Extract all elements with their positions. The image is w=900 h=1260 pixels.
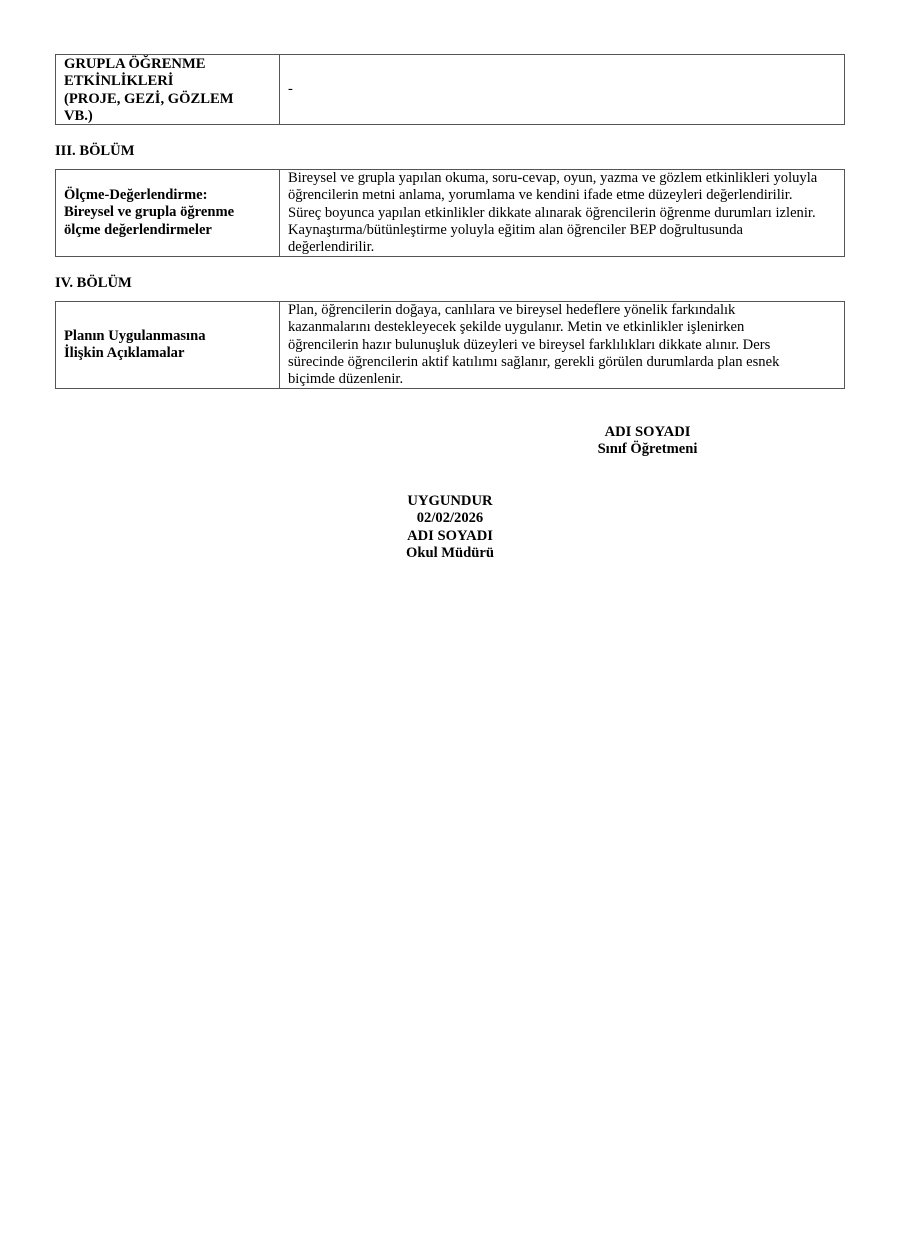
implementation-notes-table: Planın Uygulanmasına İlişkin Açıklamalar…	[55, 301, 845, 389]
label-line: Ölçme-Değerlendirme:	[64, 187, 234, 204]
value-text: -	[288, 81, 293, 98]
principal-title: Okul Müdürü	[375, 545, 525, 562]
assessment-label: Ölçme-Değerlendirme: Bireysel ve grupla …	[56, 170, 280, 256]
label-line: ETKİNLİKLERİ	[64, 73, 233, 90]
content-line: Kaynaştırma/bütünleştirme yoluyla eğitim…	[288, 222, 836, 239]
label-line: Planın Uygulanmasına	[64, 328, 206, 345]
teacher-title: Sınıf Öğretmeni	[560, 441, 735, 458]
content-line: değerlendirilir.	[288, 239, 836, 256]
section-3-heading: III. BÖLÜM	[55, 143, 134, 160]
principal-signature-block: UYGUNDUR 02/02/2026 ADI SOYADI Okul Müdü…	[375, 493, 525, 562]
group-learning-label: GRUPLA ÖĞRENME ETKİNLİKLERİ (PROJE, GEZİ…	[56, 55, 280, 124]
label-line: İlişkin Açıklamalar	[64, 345, 206, 362]
content-line: Plan, öğrencilerin doğaya, canlılara ve …	[288, 302, 836, 319]
section-4-heading: IV. BÖLÜM	[55, 275, 132, 292]
content-line: Süreç boyunca yapılan etkinlikler dikkat…	[288, 205, 836, 222]
content-line: Bireysel ve grupla yapılan okuma, soru-c…	[288, 170, 836, 187]
content-line: öğrencilerin metni anlama, yorumlama ve …	[288, 187, 836, 204]
label-line: (PROJE, GEZİ, GÖZLEM	[64, 91, 233, 108]
label-line: ölçme değerlendirmeler	[64, 222, 234, 239]
principal-name: ADI SOYADI	[375, 528, 525, 545]
content-line: biçimde düzenlenir.	[288, 371, 836, 388]
content-line: sürecinde öğrencilerin aktif katılımı sa…	[288, 354, 836, 371]
label-line: GRUPLA ÖĞRENME	[64, 56, 233, 73]
assessment-table: Ölçme-Değerlendirme: Bireysel ve grupla …	[55, 169, 845, 257]
group-learning-table: GRUPLA ÖĞRENME ETKİNLİKLERİ (PROJE, GEZİ…	[55, 54, 845, 125]
teacher-signature-block: ADI SOYADI Sınıf Öğretmeni	[560, 424, 735, 459]
implementation-content: Plan, öğrencilerin doğaya, canlılara ve …	[280, 302, 844, 388]
label-line: VB.)	[64, 108, 233, 125]
label-line: Bireysel ve grupla öğrenme	[64, 204, 234, 221]
teacher-name: ADI SOYADI	[560, 424, 735, 441]
assessment-content: Bireysel ve grupla yapılan okuma, soru-c…	[280, 170, 844, 256]
approval-date: 02/02/2026	[375, 510, 525, 527]
approval-label: UYGUNDUR	[375, 493, 525, 510]
content-line: kazanmalarını destekleyecek şekilde uygu…	[288, 319, 836, 336]
content-line: öğrencilerin hazır bulunuşluk düzeyleri …	[288, 337, 836, 354]
implementation-label: Planın Uygulanmasına İlişkin Açıklamalar	[56, 302, 280, 388]
group-learning-value: -	[280, 55, 844, 124]
